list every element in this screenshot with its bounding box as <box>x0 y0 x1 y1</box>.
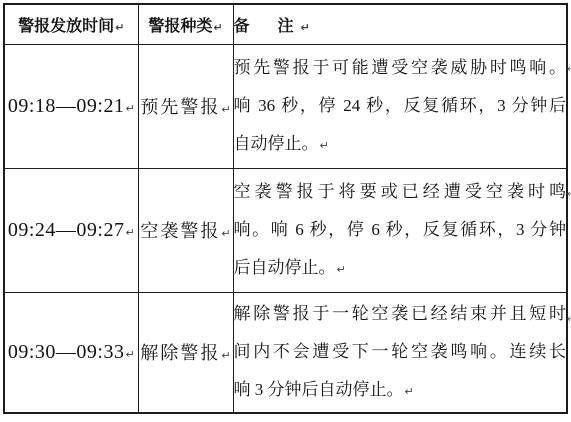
remark-line: 解除警报于一轮空袭已经结束并且短时 <box>234 295 567 333</box>
header-cell-time: 警报发放时间↵ <box>4 4 138 44</box>
remark-text: 自动停止。 <box>234 134 319 153</box>
remark-text: 空袭警报于将要或已经遭受空袭时鸣 <box>234 182 567 201</box>
remark-cell: 空袭警报于将要或已经遭受空袭时鸣 响。响 6 秒，停 6 秒，反复循环，3 分钟… <box>233 168 567 292</box>
paragraph-mark-icon: ↵ <box>115 21 124 34</box>
remark-text: 间内不会遭受下一轮空袭鸣响。连续长 <box>234 342 567 361</box>
warning-schedule-table: 警报发放时间↵ 警报种类↵ 备 注↵ 09:18—09:21↵ 预先警报↵ 预先… <box>3 3 568 414</box>
header-row: 警报发放时间↵ 警报种类↵ 备 注↵ <box>4 4 567 44</box>
remark-text: 预先警报于可能遭受空袭威胁时鸣响。 <box>234 58 567 77</box>
row-end-mark-icon: ↵ <box>567 189 571 200</box>
remark-line: 响 36 秒，停 24 秒，反复循环，3 分钟后 <box>234 87 567 125</box>
header-label-type: 警报种类 <box>148 18 212 35</box>
table-row: 09:30—09:33↵ 解除警报↵ 解除警报于一轮空袭已经结束并且短时 间内不… <box>4 292 567 413</box>
paragraph-mark-icon: ↵ <box>221 227 230 240</box>
remark-text: 响 36 秒，停 24 秒，反复循环，3 分钟后 <box>234 96 567 115</box>
type-value: 解除警报 <box>140 343 220 363</box>
time-cell: 09:30—09:33↵ <box>4 292 138 413</box>
type-cell: 空袭警报↵ <box>138 168 233 292</box>
remark-line: 响 3 分钟后自动停止。↵ <box>234 371 567 409</box>
row-end-mark-icon: ↵ <box>567 314 571 325</box>
header-label-remark: 备 注 <box>234 18 300 35</box>
document-page: 警报发放时间↵ 警报种类↵ 备 注↵ 09:18—09:21↵ 预先警报↵ 预先… <box>0 0 571 422</box>
time-cell: 09:24—09:27↵ <box>4 168 138 292</box>
paragraph-mark-icon: ↵ <box>125 348 134 361</box>
remark-line: 空袭警报于将要或已经遭受空袭时鸣 <box>234 173 567 211</box>
paragraph-mark-icon: ↵ <box>125 226 134 239</box>
paragraph-mark-icon: ↵ <box>320 139 329 152</box>
remark-line: 预先警报于可能遭受空袭威胁时鸣响。 <box>234 49 567 87</box>
time-value: 09:30—09:33 <box>8 341 125 363</box>
table-row: 09:18—09:21↵ 预先警报↵ 预先警报于可能遭受空袭威胁时鸣响。 响 3… <box>4 44 567 168</box>
paragraph-mark-icon: ↵ <box>221 103 230 116</box>
remark-line: 响。响 6 秒，停 6 秒，反复循环，3 分钟 <box>234 211 567 249</box>
header-cell-remark: 备 注↵ <box>233 4 567 44</box>
row-end-mark-icon: ↵ <box>567 64 571 75</box>
remark-line: 间内不会遭受下一轮空袭鸣响。连续长 <box>234 333 567 371</box>
type-value: 预先警报 <box>140 97 220 117</box>
type-cell: 解除警报↵ <box>138 292 233 413</box>
paragraph-mark-icon: ↵ <box>301 21 310 34</box>
type-cell: 预先警报↵ <box>138 44 233 168</box>
time-value: 09:24—09:27 <box>8 219 125 241</box>
paragraph-mark-icon: ↵ <box>213 21 222 34</box>
type-value: 空袭警报 <box>140 221 220 241</box>
remark-text: 响 3 分钟后自动停止。 <box>234 380 404 399</box>
paragraph-mark-icon: ↵ <box>221 349 230 362</box>
header-cell-type: 警报种类↵ <box>138 4 233 44</box>
remark-text: 解除警报于一轮空袭已经结束并且短时 <box>234 304 567 323</box>
header-label-time: 警报发放时间 <box>18 18 114 35</box>
remark-text: 后自动停止。 <box>234 258 336 277</box>
remark-cell: 预先警报于可能遭受空袭威胁时鸣响。 响 36 秒，停 24 秒，反复循环，3 分… <box>233 44 567 168</box>
time-cell: 09:18—09:21↵ <box>4 44 138 168</box>
table-row: 09:24—09:27↵ 空袭警报↵ 空袭警报于将要或已经遭受空袭时鸣 响。响 … <box>4 168 567 292</box>
remark-cell: 解除警报于一轮空袭已经结束并且短时 间内不会遭受下一轮空袭鸣响。连续长 响 3 … <box>233 292 567 413</box>
remark-line: 后自动停止。↵ <box>234 249 567 287</box>
remark-text: 响。响 6 秒，停 6 秒，反复循环，3 分钟 <box>234 220 567 239</box>
time-value: 09:18—09:21 <box>8 95 125 117</box>
paragraph-mark-icon: ↵ <box>405 385 414 398</box>
remark-line: 自动停止。↵ <box>234 125 567 163</box>
paragraph-mark-icon: ↵ <box>337 263 346 276</box>
paragraph-mark-icon: ↵ <box>125 102 134 115</box>
